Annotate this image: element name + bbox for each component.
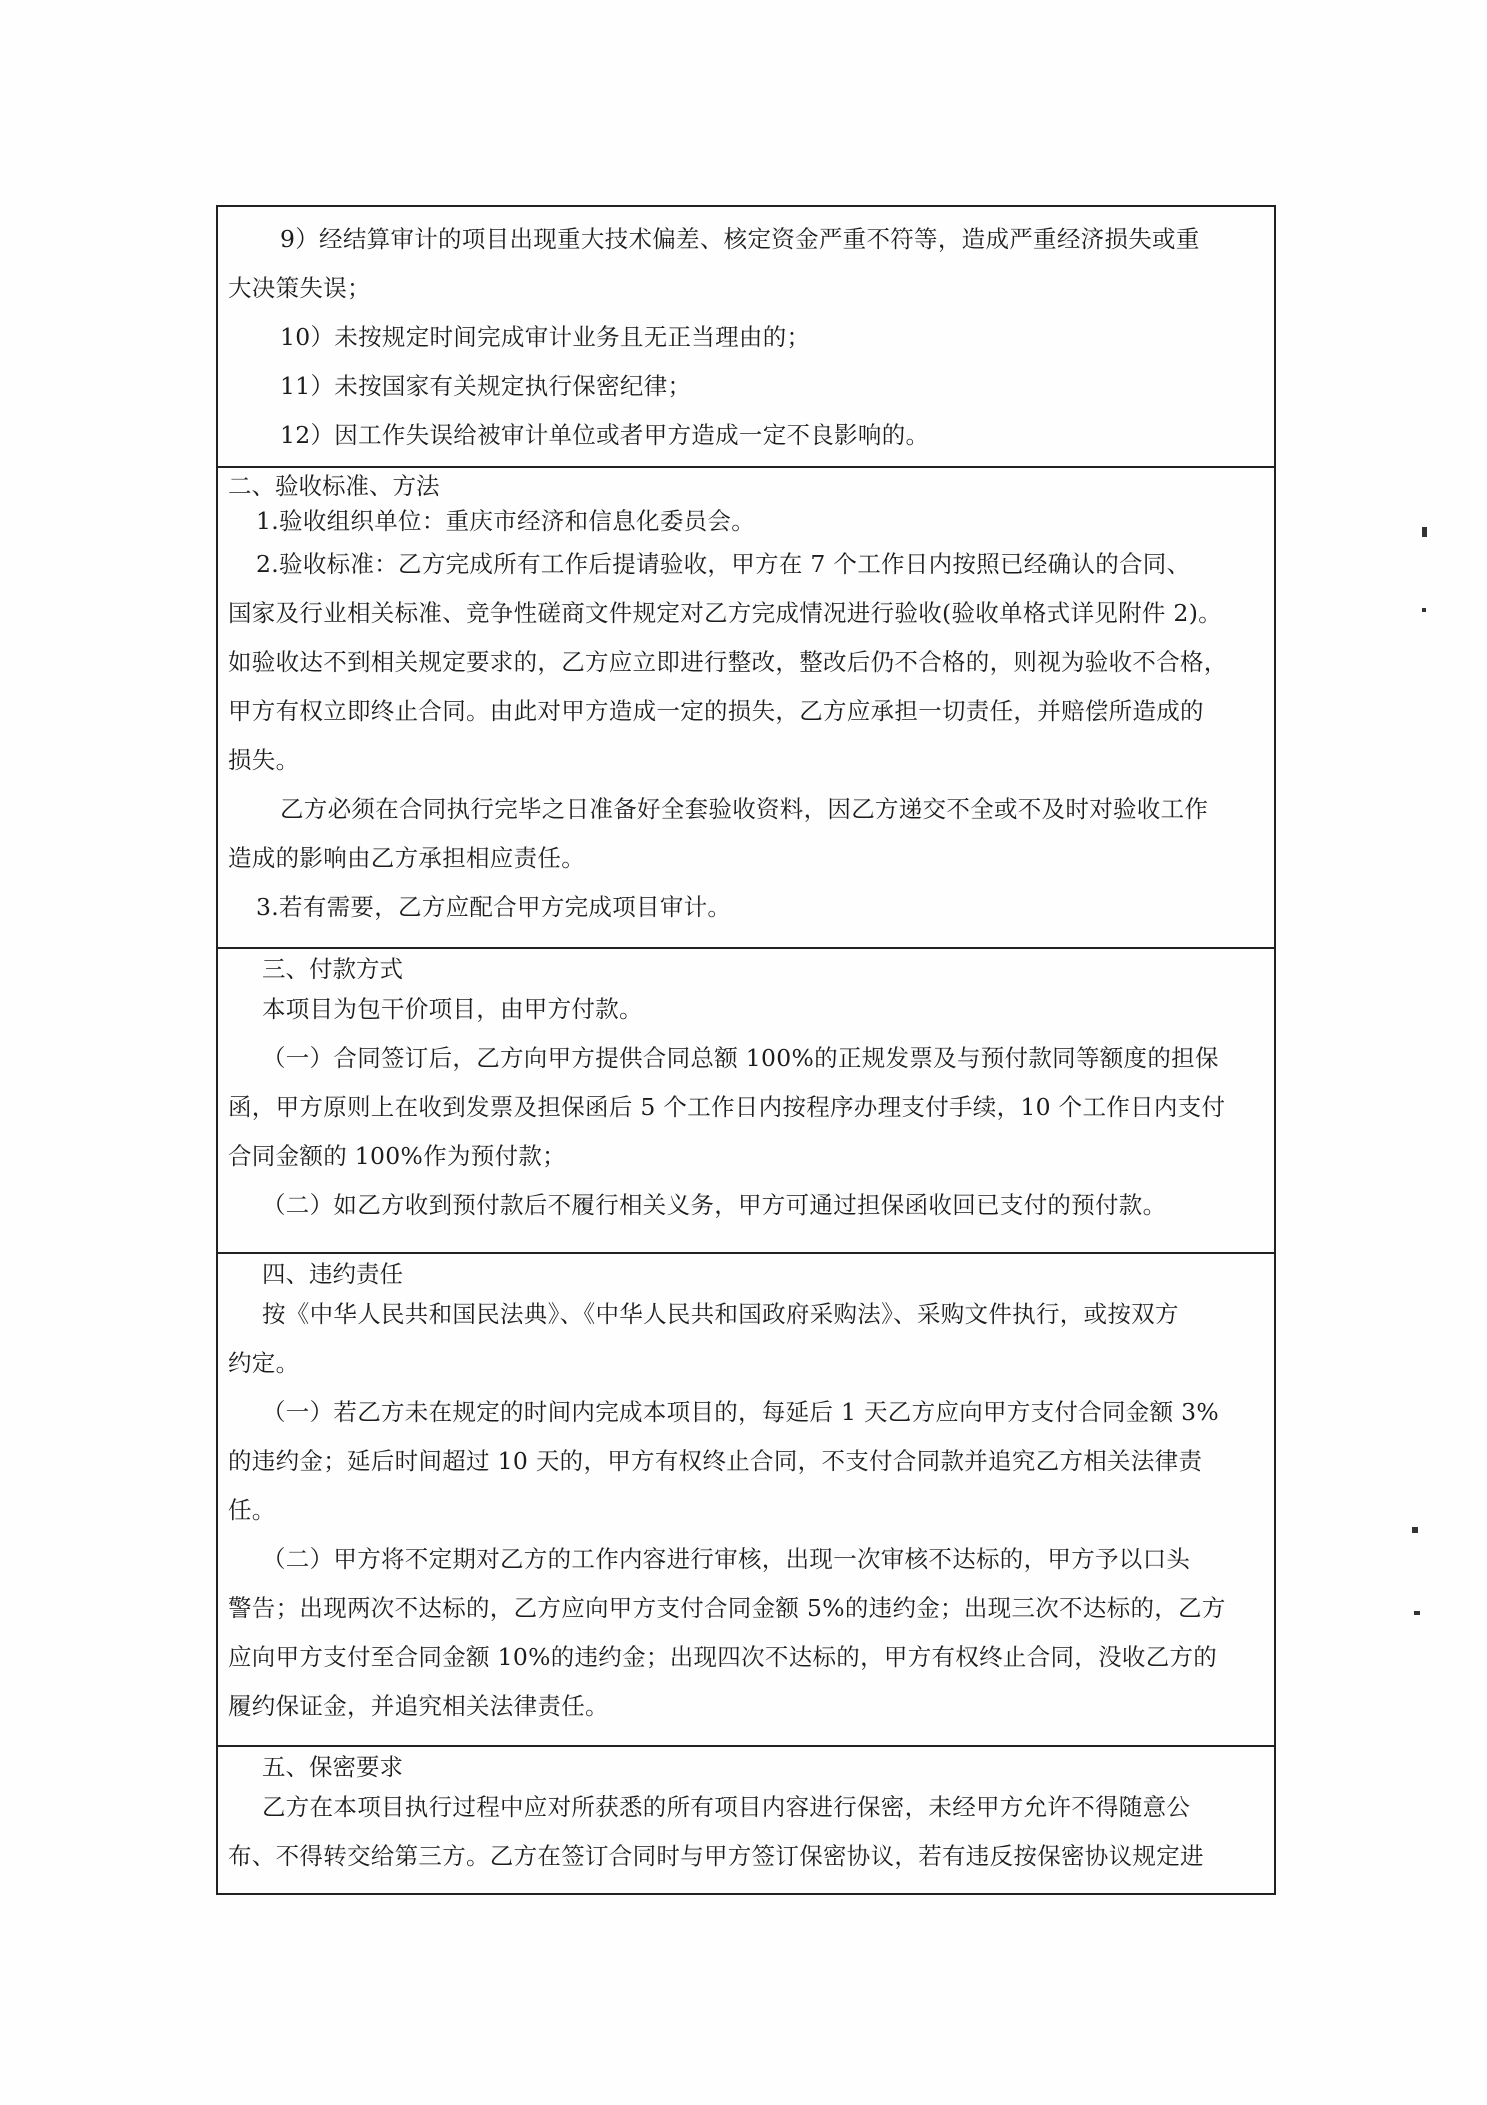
scan-mark <box>1412 1527 1418 1533</box>
section-heading: 四、违约责任 <box>228 1258 1260 1290</box>
paragraph-line: 如验收达不到相关规定要求的，乙方应立即进行整改，整改后仍不合格的，则视为验收不合… <box>228 638 1260 687</box>
paragraph-line: 1.验收组织单位：重庆市经济和信息化委员会。 <box>228 502 1260 540</box>
paragraph-line: 损失。 <box>228 736 1260 785</box>
section-payment: 三、付款方式 本项目为包干价项目，由甲方付款。 （一）合同签订后，乙方向甲方提供… <box>218 947 1274 1252</box>
scan-mark <box>1422 608 1426 612</box>
paragraph-line: 乙方必须在合同执行完毕之日准备好全套验收资料，因乙方递交不全或不及时对验收工作 <box>228 785 1260 834</box>
paragraph-line: （二）如乙方收到预付款后不履行相关义务，甲方可通过担保函收回已支付的预付款。 <box>228 1181 1260 1230</box>
contract-terms-table: 9）经结算审计的项目出现重大技术偏差、核定资金严重不符等，造成严重经济损失或重 … <box>216 205 1276 1895</box>
paragraph-line: 11）未按国家有关规定执行保密纪律； <box>228 362 1260 411</box>
paragraph-line: （二）甲方将不定期对乙方的工作内容进行审核，出现一次审核不达标的，甲方予以口头 <box>228 1535 1260 1584</box>
section-liability-items: 9）经结算审计的项目出现重大技术偏差、核定资金严重不符等，造成严重经济损失或重 … <box>218 207 1274 466</box>
paragraph-line: 约定。 <box>228 1339 1260 1388</box>
paragraph-line: 的违约金；延后时间超过 10 天的，甲方有权终止合同，不支付合同款并追究乙方相关… <box>228 1437 1260 1486</box>
paragraph-line: 按《中华人民共和国民法典》、《中华人民共和国政府采购法》、采购文件执行，或按双方 <box>228 1290 1260 1339</box>
paragraph-line: 乙方在本项目执行过程中应对所获悉的所有项目内容进行保密，未经甲方允许不得随意公 <box>228 1783 1260 1832</box>
paragraph-line: 甲方有权立即终止合同。由此对甲方造成一定的损失，乙方应承担一切责任，并赔偿所造成… <box>228 687 1260 736</box>
paragraph-line: 本项目为包干价项目，由甲方付款。 <box>228 985 1260 1034</box>
section-heading: 五、保密要求 <box>228 1751 1260 1783</box>
section-confidentiality: 五、保密要求 乙方在本项目执行过程中应对所获悉的所有项目内容进行保密，未经甲方允… <box>218 1745 1274 1893</box>
paragraph-line: 函，甲方原则上在收到发票及担保函后 5 个工作日内按程序办理支付手续，10 个工… <box>228 1083 1260 1132</box>
paragraph-line: 3.若有需要，乙方应配合甲方完成项目审计。 <box>228 883 1260 932</box>
section-breach: 四、违约责任 按《中华人民共和国民法典》、《中华人民共和国政府采购法》、采购文件… <box>218 1252 1274 1745</box>
paragraph-line: （一）若乙方未在规定的时间内完成本项目的，每延后 1 天乙方应向甲方支付合同金额… <box>228 1388 1260 1437</box>
paragraph-line: 造成的影响由乙方承担相应责任。 <box>228 834 1260 883</box>
paragraph-line: 警告；出现两次不达标的，乙方应向甲方支付合同金额 5%的违约金；出现三次不达标的… <box>228 1584 1260 1633</box>
scan-mark <box>1414 1611 1420 1615</box>
document-page: 9）经结算审计的项目出现重大技术偏差、核定资金严重不符等，造成严重经济损失或重 … <box>0 0 1487 2105</box>
paragraph-line: 9）经结算审计的项目出现重大技术偏差、核定资金严重不符等，造成严重经济损失或重 <box>228 215 1260 264</box>
paragraph-line: 10）未按规定时间完成审计业务且无正当理由的； <box>228 313 1260 362</box>
paragraph-line: 12）因工作失误给被审计单位或者甲方造成一定不良影响的。 <box>228 411 1260 460</box>
paragraph-line: 大决策失误； <box>228 264 1260 313</box>
paragraph-line: 履约保证金，并追究相关法律责任。 <box>228 1682 1260 1731</box>
paragraph-line: 应向甲方支付至合同金额 10%的违约金；出现四次不达标的，甲方有权终止合同，没收… <box>228 1633 1260 1682</box>
section-heading: 二、验收标准、方法 <box>228 470 1260 502</box>
paragraph-line: 2.验收标准：乙方完成所有工作后提请验收，甲方在 7 个工作日内按照已经确认的合… <box>228 540 1260 589</box>
section-acceptance: 二、验收标准、方法 1.验收组织单位：重庆市经济和信息化委员会。 2.验收标准：… <box>218 466 1274 947</box>
section-heading: 三、付款方式 <box>228 953 1260 985</box>
paragraph-line: （一）合同签订后，乙方向甲方提供合同总额 100%的正规发票及与预付款同等额度的… <box>228 1034 1260 1083</box>
paragraph-line: 合同金额的 100%作为预付款； <box>228 1132 1260 1181</box>
paragraph-line: 国家及行业相关标准、竞争性磋商文件规定对乙方完成情况进行验收(验收单格式详见附件… <box>228 589 1260 638</box>
scan-mark <box>1422 527 1427 537</box>
paragraph-line: 布、不得转交给第三方。乙方在签订合同时与甲方签订保密协议，若有违反按保密协议规定… <box>228 1832 1260 1881</box>
paragraph-line: 任。 <box>228 1486 1260 1535</box>
